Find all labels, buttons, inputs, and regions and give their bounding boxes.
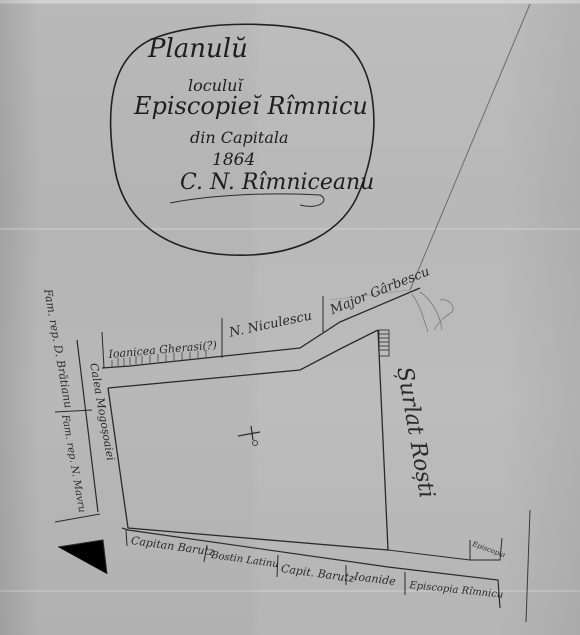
street-lower-line <box>108 330 378 388</box>
title-year: 1864 <box>212 150 255 170</box>
title-line-3: Episcopieĭ Rîmnicu <box>134 92 368 120</box>
pencil-diagonal-line <box>410 4 530 290</box>
title-line-1: Planulŭ <box>148 34 248 64</box>
center-mark <box>238 426 260 440</box>
title-line-4: din Capitala <box>190 128 289 147</box>
title-author: C. N. Rîmniceanu <box>180 170 374 195</box>
